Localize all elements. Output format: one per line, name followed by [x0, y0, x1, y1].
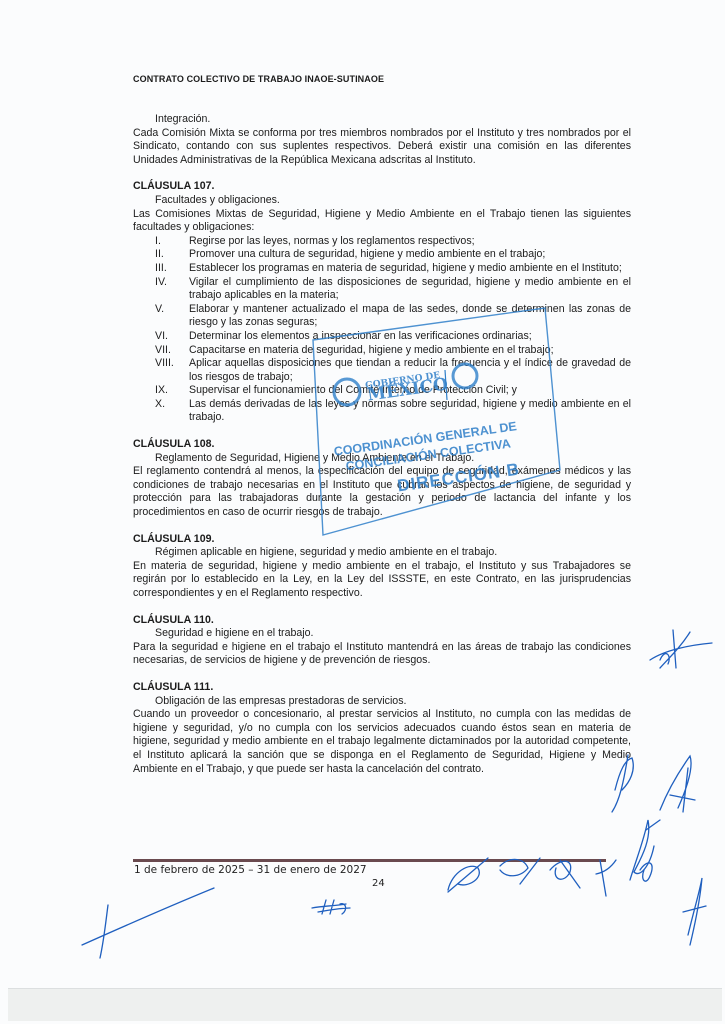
item-number: I.: [133, 235, 177, 249]
list-item: X.Las demás derivadas de las leyes y nor…: [133, 398, 631, 425]
item-number: IX.: [133, 384, 177, 398]
clause-107-subtitle: Facultades y obligaciones.: [133, 194, 631, 208]
item-text: Capacitarse en materia de seguridad, hig…: [177, 344, 631, 358]
item-text: Establecer los programas en materia de s…: [177, 262, 631, 276]
clause-110-subtitle: Seguridad e higiene en el trabajo.: [133, 627, 631, 641]
list-item: VIII.Aplicar aquellas disposiciones que …: [133, 357, 631, 384]
clause-108-subtitle: Reglamento de Seguridad, Higiene y Medio…: [133, 452, 631, 466]
clause-109-title: CLÁUSULA 109.: [133, 533, 631, 547]
clause-109-subtitle: Régimen aplicable en higiene, seguridad …: [133, 546, 631, 560]
clause-107-title: CLÁUSULA 107.: [133, 180, 631, 194]
clause-107-list: I.Regirse por las leyes, normas y los re…: [133, 235, 631, 425]
clause-109-text: En materia de seguridad, higiene y medio…: [133, 560, 631, 601]
page-bottom-band: [8, 988, 722, 1021]
clause-108-text: El reglamento contendrá al menos, la esp…: [133, 465, 631, 519]
item-number: VIII.: [133, 357, 177, 384]
clause-108-title: CLÁUSULA 108.: [133, 438, 631, 452]
footer-rule: [133, 859, 606, 862]
clause-111-text: Cuando un proveedor o concesionario, al …: [133, 708, 631, 776]
page-number: 24: [372, 878, 385, 889]
document-body: Integración. Cada Comisión Mixta se conf…: [133, 113, 631, 776]
item-number: IV.: [133, 276, 177, 303]
item-text: Las demás derivadas de las leyes y norma…: [177, 398, 631, 425]
item-text: Regirse por las leyes, normas y los regl…: [177, 235, 631, 249]
document-header: CONTRATO COLECTIVO DE TRABAJO INAOE-SUTI…: [133, 74, 384, 84]
list-item: I.Regirse por las leyes, normas y los re…: [133, 235, 631, 249]
clause-111-title: CLÁUSULA 111.: [133, 681, 631, 695]
item-number: VII.: [133, 344, 177, 358]
list-item: VI.Determinar los elementos a inspeccion…: [133, 330, 631, 344]
item-text: Supervisar el funcionamiento del Comité …: [177, 384, 631, 398]
item-text: Promover una cultura de seguridad, higie…: [177, 248, 631, 262]
item-text: Determinar los elementos a inspeccionar …: [177, 330, 631, 344]
clause-111-subtitle: Obligación de las empresas prestadoras d…: [133, 695, 631, 709]
document-page: CONTRATO COLECTIVO DE TRABAJO INAOE-SUTI…: [0, 0, 725, 988]
item-number: X.: [133, 398, 177, 425]
item-number: VI.: [133, 330, 177, 344]
list-item: II.Promover una cultura de seguridad, hi…: [133, 248, 631, 262]
clause-110-title: CLÁUSULA 110.: [133, 614, 631, 628]
item-number: III.: [133, 262, 177, 276]
item-number: V.: [133, 303, 177, 330]
item-number: II.: [133, 248, 177, 262]
intro-subtitle: Integración.: [133, 113, 631, 127]
list-item: IV.Vigilar el cumplimiento de las dispos…: [133, 276, 631, 303]
intro-paragraph: Cada Comisión Mixta se conforma por tres…: [133, 127, 631, 168]
clause-110-text: Para la seguridad e higiene en el trabaj…: [133, 641, 631, 668]
list-item: III.Establecer los programas en materia …: [133, 262, 631, 276]
item-text: Elaborar y mantener actualizado el mapa …: [177, 303, 631, 330]
item-text: Vigilar el cumplimiento de las disposici…: [177, 276, 631, 303]
item-text: Aplicar aquellas disposiciones que tiend…: [177, 357, 631, 384]
list-item: VII.Capacitarse en materia de seguridad,…: [133, 344, 631, 358]
clause-107-text: Las Comisiones Mixtas de Seguridad, Higi…: [133, 208, 631, 235]
list-item: V.Elaborar y mantener actualizado el map…: [133, 303, 631, 330]
footer-date-range: 1 de febrero de 2025 – 31 de enero de 20…: [134, 864, 367, 876]
list-item: IX.Supervisar el funcionamiento del Comi…: [133, 384, 631, 398]
